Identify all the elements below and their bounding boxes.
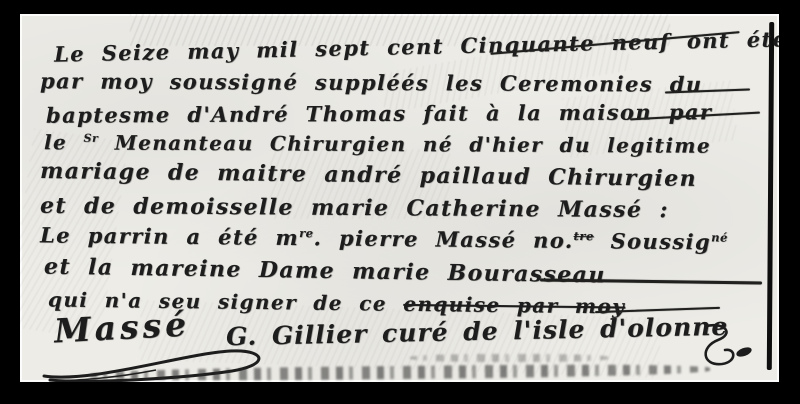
record-line-7-text: . pierre Massé no.	[313, 225, 573, 253]
record-line-2: par moy soussigné suppléés les Ceremonie…	[40, 70, 703, 94]
record-line-4-text: le	[44, 130, 84, 154]
record-line-7-text: Soussig	[594, 228, 712, 254]
record-line-6: et de demoisselle marie Catherine Massé …	[40, 195, 669, 221]
record-line-7-text: Le parrin a été m	[40, 222, 299, 250]
record-line-8: et la mareine Dame marie Bourasseau	[44, 256, 606, 287]
superscript-abbreviation: né	[711, 230, 728, 244]
record-line-4: le Sr Menanteau Chirurgien né d'hier du …	[44, 132, 711, 155]
record-line-3: baptesme d'André Thomas fait à la maison…	[46, 101, 712, 125]
record-line-5: mariage de maitre andré paillaud Chirurg…	[40, 160, 697, 190]
scanned-register-page: Le Seize may mil sept cent Cinquante neu…	[20, 14, 779, 382]
cutoff-next-entry-line	[410, 354, 610, 362]
record-line-4-text: Menanteau Chirurgien né d'hier du legiti…	[98, 131, 711, 158]
page-margin-line	[767, 22, 774, 370]
superscript-abbreviation: re	[299, 226, 314, 240]
signature-cure: G. Gillier curé de l'isle d'olonne	[226, 314, 729, 350]
scan-black-frame: Le Seize may mil sept cent Cinquante neu…	[0, 0, 800, 404]
record-line-1: Le Seize may mil sept cent Cinquante neu…	[54, 28, 779, 64]
superscript-abbreviation-struck: tre	[574, 229, 594, 243]
record-line-7: Le parrin a été mre. pierre Massé no.tre…	[40, 224, 728, 252]
superscript-abbreviation: Sr	[83, 132, 98, 145]
